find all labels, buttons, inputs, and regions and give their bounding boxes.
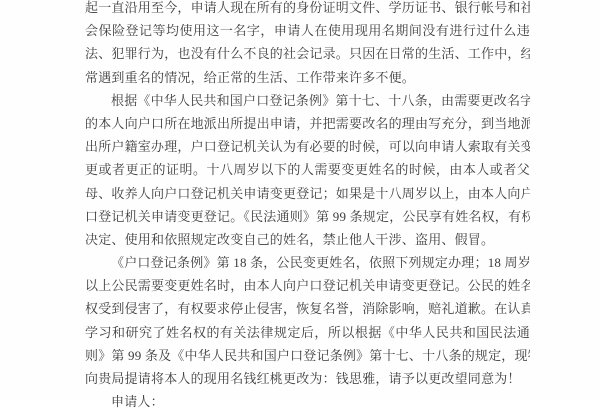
letter-body: 起一直沿用至今，申请人现在所有的身份证明文件、学历证书、银行帐号和社 会保险登记… xyxy=(85,0,530,400)
document-line: 学习和研究了姓名权的有关法律规定后，所以根据《中华人民共和国民法通 xyxy=(85,321,530,344)
document-line: 《户口登记条例》第 18 条，公民变更姓名，依照下列规定办理；18 周岁 xyxy=(85,251,530,274)
document-page: 起一直沿用至今，申请人现在所有的身份证明文件、学历证书、银行帐号和社 会保险登记… xyxy=(0,0,600,400)
document-line: 向贵局提请将本人的现用名钱红桃更改为：钱思雅，请予以更改望同意为！ xyxy=(85,367,530,390)
document-line: 决定、使用和依照规定改变自己的姓名，禁止他人干涉、盗用、假冒。 xyxy=(85,228,530,251)
document-line: 会保险登记等均使用这一名字，申请人在使用现用名期间没有进行过什么违 xyxy=(85,19,530,42)
document-line: 的本人向户口所在地派出所提出申请，并把需要改名的理由写充分，到当地派 xyxy=(85,112,530,135)
document-line: 更或者更正的证明。十八周岁以下的人需要变更姓名的时候，由本人或者父 xyxy=(85,158,530,181)
document-line: 则》第 99 条及《中华人民共和国户口登记条例》第十七、十八条的规定，现特 xyxy=(85,344,530,367)
document-line: 起一直沿用至今，申请人现在所有的身份证明文件、学历证书、银行帐号和社 xyxy=(85,0,530,19)
document-line: 法、犯罪行为，也没有什么不良的社会记录。只因在日常的生活、工作中，经 xyxy=(85,42,530,65)
document-line-signature-partial: 申请人： xyxy=(85,390,530,400)
document-line: 口登记机关申请变更登记。《民法通则》第 99 条规定，公民享有姓名权，有权 xyxy=(85,205,530,228)
document-line: 权受到侵害了，有权要求停止侵害，恢复名誉，消除影响，赔礼道歉。在认真 xyxy=(85,297,530,320)
document-line: 出所户籍室办理，户口登记机关认为有必要的时候，可以向申请人索取有关变 xyxy=(85,135,530,158)
document-line: 以上公民需要变更姓名时，由本人向户口登记机关申请变更登记。公民的姓名 xyxy=(85,274,530,297)
document-line: 母、收养人向户口登记机关申请变更登记；如果是十八周岁以上，由本人向户 xyxy=(85,182,530,205)
document-line: 常遇到重名的情况，给正常的生活、工作带来许多不便。 xyxy=(85,66,530,89)
document-line: 根据《中华人民共和国户口登记条例》第十七、十八条，由需要更改名字 xyxy=(85,89,530,112)
